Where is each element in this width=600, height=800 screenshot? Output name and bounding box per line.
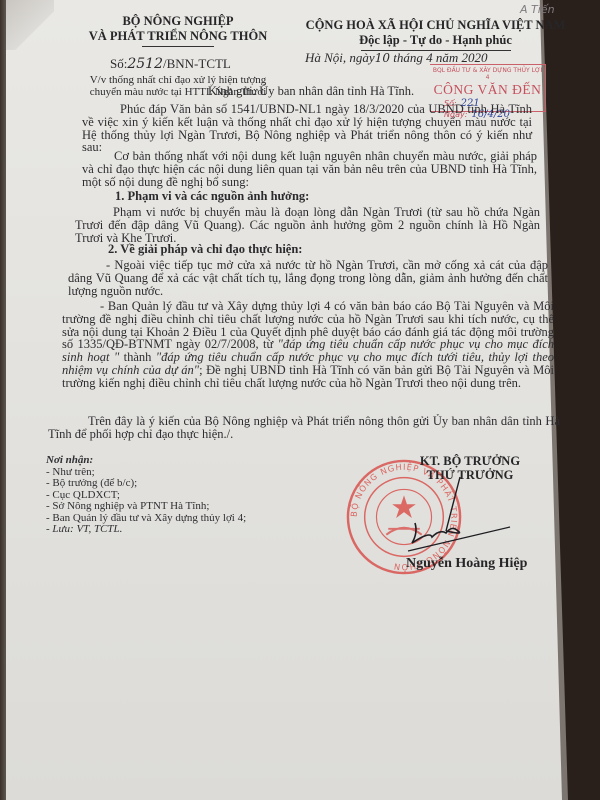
stamp-title: CÔNG VĂN ĐẾN <box>430 82 545 98</box>
paper-corner-fold <box>6 0 54 50</box>
date-year: 2020 <box>462 50 488 65</box>
national-motto-line2: Độc lập - Tự do - Hạnh phúc <box>298 33 573 48</box>
number-handwritten: 2512 <box>127 56 163 72</box>
paragraph-agreement: Cơ bản thống nhất với nội dung kết luận … <box>82 150 537 188</box>
recipients-title: Nơi nhận: <box>46 455 246 467</box>
national-header: CỘNG HOÀ XÃ HỘI CHỦ NGHĨA VIỆT NAM Độc l… <box>298 18 573 51</box>
handwritten-annotation: A Tiến <box>520 3 555 16</box>
section1-heading: 1. Phạm vi và các nguồn ảnh hưởng: <box>115 189 309 204</box>
recipient-item: - Bộ trưởng (để b/c); <box>46 478 246 490</box>
date-month-label: tháng <box>393 50 423 65</box>
recipients-list: Nơi nhận: - Như trên; - Bộ trưởng (để b/… <box>46 455 246 536</box>
section2-bullet2: - Ban Quản lý đầu tư và Xây dựng thủy lợ… <box>62 300 554 390</box>
date-day: 10 <box>375 51 390 65</box>
signer-name: Nguyễn Hoàng Hiệp <box>406 556 527 572</box>
section2-heading: 2. Về giải pháp và chỉ đạo thực hiện: <box>108 242 302 257</box>
section1-text: Phạm vi nước bị chuyển màu là đoạn lòng … <box>75 206 540 244</box>
number-prefix: Số: <box>110 56 127 71</box>
issuer-underline <box>142 46 214 47</box>
closing-paragraph: Trên đây là ý kiến của Bộ Nông nghiệp và… <box>48 415 560 441</box>
paragraph-intro: Phúc đáp Văn bản số 1541/UBND-NL1 ngày 1… <box>82 103 532 154</box>
document-number: Số:2512/BNN-TCTL <box>110 56 231 72</box>
national-motto-line1: CỘNG HOÀ XÃ HỘI CHỦ NGHĨA VIỆT NAM <box>298 18 573 33</box>
issuer-line1: BỘ NÔNG NGHIỆP <box>68 14 288 29</box>
stamp-org: BQL ĐẦU TƯ & XÂY DỰNG THỦY LỢI 4 <box>430 67 545 81</box>
issuer-header: BỘ NÔNG NGHIỆP VÀ PHÁT TRIỂN NÔNG THÔN <box>68 14 288 47</box>
issuer-line2: VÀ PHÁT TRIỂN NÔNG THÔN <box>68 29 288 44</box>
recipient-item: - Lưu: VT, TCTL. <box>46 524 246 536</box>
recipient-item: - Sở Nông nghiệp và PTNT Hà Tĩnh; <box>46 501 246 513</box>
section2-bullet1: - Ngoài việc tiếp tục mở cửa xả nước từ … <box>68 259 548 297</box>
handwritten-signature-icon <box>360 465 560 555</box>
recipient-line: Kính gửi: Ủy ban nhân dân tỉnh Hà Tĩnh. <box>208 84 414 99</box>
number-suffix: /BNN-TCTL <box>163 56 231 71</box>
date-month: 4 <box>426 50 433 65</box>
date-prefix: Hà Nội, ngày <box>305 50 375 65</box>
date-year-label: năm <box>436 50 458 65</box>
